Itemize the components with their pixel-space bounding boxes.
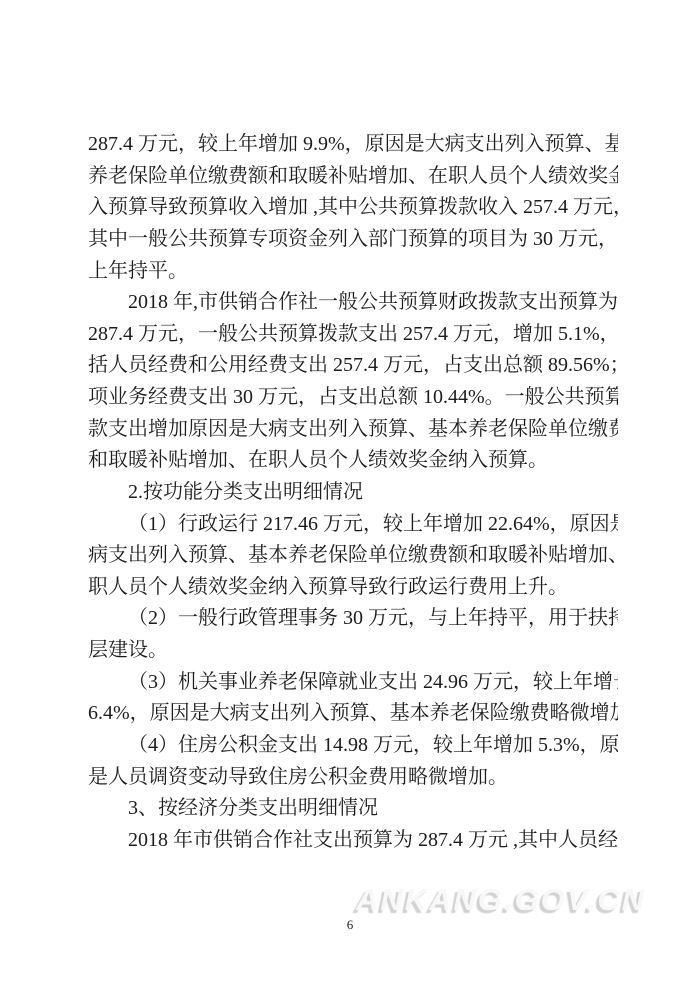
text-line: 上年持平。 xyxy=(88,256,618,288)
text-line: 2018 年市供销合作社支出预算为 287.4 万元 ,其中人员经费 xyxy=(88,825,618,857)
text-line: 养老保险单位缴费额和取暖补贴增加、在职人员个人绩效奖金纳 xyxy=(88,161,618,193)
page-number: 6 xyxy=(0,917,700,933)
text-line: 287.4 万元，一般公共预算拨款支出 257.4 万元，增加 5.1%，包 xyxy=(88,319,618,351)
text-line: 是人员调资变动导致住房公积金费用略微增加。 xyxy=(88,762,618,794)
text-line: 3、按经济分类支出明细情况 xyxy=(88,793,618,825)
text-line: 其中一般公共预算专项资金列入部门预算的项目为 30 万元，较 xyxy=(88,224,618,256)
document-page: 287.4 万元，较上年增加 9.9%，原因是大病支出列入预算、基本养老保险单位… xyxy=(0,0,700,990)
text-line: 入预算导致预算收入增加 ,其中公共预算拨款收入 257.4 万元，； xyxy=(88,192,618,224)
text-line: 2018 年,市供销合作社一般公共预算财政拨款支出预算为 xyxy=(88,287,618,319)
text-line: （3）机关事业养老保障就业支出 24.96 万元，较上年增长 xyxy=(88,667,618,699)
text-line: 款支出增加原因是大病支出列入预算、基本养老保险单位缴费额 xyxy=(88,414,618,446)
text-line: 和取暖补贴增加、在职人员个人绩效奖金纳入预算。 xyxy=(88,445,618,477)
body-text: 287.4 万元，较上年增加 9.9%，原因是大病支出列入预算、基本养老保险单位… xyxy=(88,129,618,856)
text-line: 2.按功能分类支出明细情况 xyxy=(88,477,618,509)
text-line: （4）住房公积金支出 14.98 万元，较上年增加 5.3%，原因 xyxy=(88,730,618,762)
text-line: （1）行政运行 217.46 万元，较上年增加 22.64%，原因是大 xyxy=(88,509,618,541)
text-line: 6.4%，原因是大病支出列入预算、基本养老保险缴费略微增加。 xyxy=(88,698,618,730)
watermark: ANKANG.GOV.CN xyxy=(356,882,646,918)
text-line: 病支出列入预算、基本养老保险单位缴费额和取暖补贴增加、在 xyxy=(88,540,618,572)
text-line: 括人员经费和公用经费支出 257.4 万元，占支出总额 89.56%；专 xyxy=(88,350,618,382)
text-line: 职人员个人绩效奖金纳入预算导致行政运行费用上升。 xyxy=(88,572,618,604)
text-line: （2）一般行政管理事务 30 万元，与上年持平，用于扶持基 xyxy=(88,603,618,635)
text-line: 层建设。 xyxy=(88,635,618,667)
text-line: 287.4 万元，较上年增加 9.9%，原因是大病支出列入预算、基本 xyxy=(88,129,618,161)
text-line: 项业务经费支出 30 万元，占支出总额 10.44%。一般公共预算拨 xyxy=(88,382,618,414)
